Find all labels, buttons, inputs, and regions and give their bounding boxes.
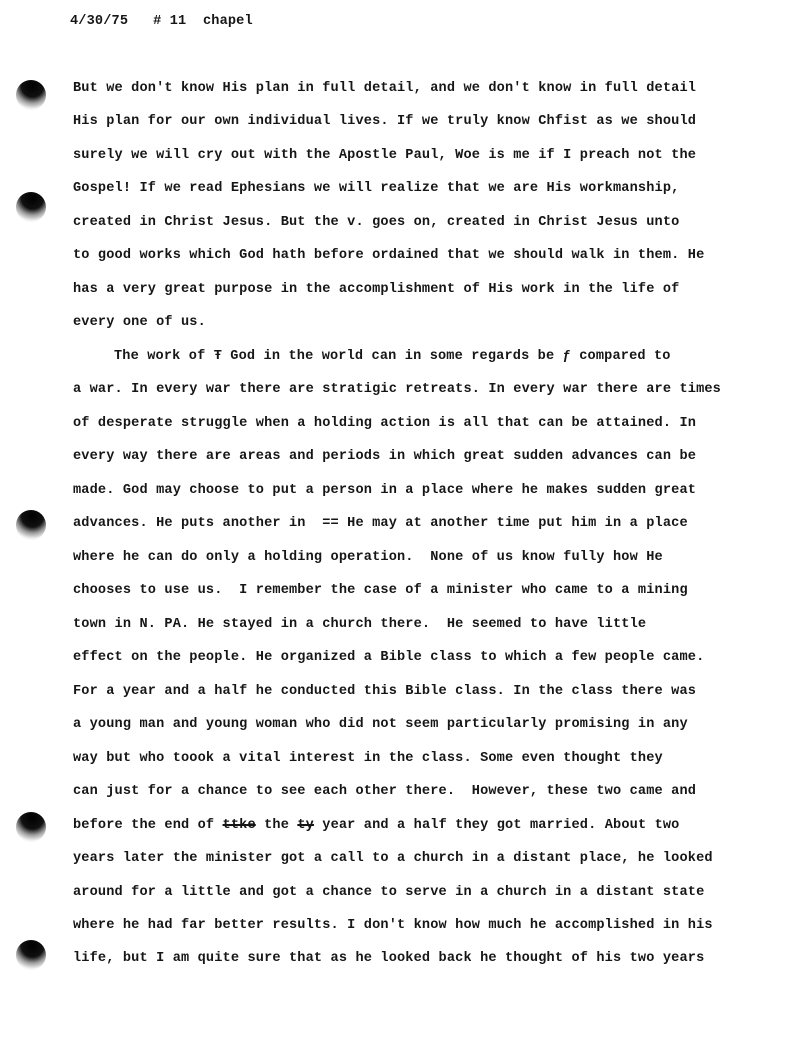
text-line: can just for a chance to see each other … — [73, 783, 696, 801]
text-line: Gospel! If we read Ephesians we will rea… — [73, 180, 679, 198]
punch-hole-icon — [16, 940, 46, 970]
text-line: advances. He puts another in == He may a… — [73, 515, 688, 533]
text-line: life, but I am quite sure that as he loo… — [73, 950, 704, 968]
header-label: chapel — [203, 14, 253, 29]
header-date: 4/30/75 — [70, 14, 128, 29]
text-segment: the — [256, 818, 298, 833]
text-line: His plan for our own individual lives. I… — [73, 113, 696, 131]
text-line: chooses to use us. I remember the case o… — [73, 582, 688, 600]
text-line: The work of Ŧ God in the world can in so… — [114, 348, 671, 366]
typed-page: 4/30/75 # 11 chapel But we don't know Hi… — [0, 0, 801, 1046]
text-line: created in Christ Jesus. But the v. goes… — [73, 214, 679, 232]
text-line: effect on the people. He organized a Bib… — [73, 649, 704, 667]
text-line: way but who toook a vital interest in th… — [73, 750, 663, 768]
text-line: But we don't know His plan in full detai… — [73, 80, 696, 98]
text-line: where he had far better results. I don't… — [73, 917, 713, 935]
text-line: every one of us. — [73, 314, 206, 332]
punch-hole-icon — [16, 192, 46, 222]
punch-hole-icon — [16, 812, 46, 842]
text-line: a war. In every war there are stratigic … — [73, 381, 721, 399]
text-segment: before the end of — [73, 818, 223, 833]
punch-hole-icon — [16, 510, 46, 540]
text-line: has a very great purpose in the accompli… — [73, 281, 679, 299]
text-line: years later the minister got a call to a… — [73, 850, 713, 868]
header-number: # 11 — [153, 14, 186, 29]
struck-text: ttke — [223, 818, 256, 833]
text-line: every way there are areas and periods in… — [73, 448, 696, 466]
text-line: of desperate struggle when a holding act… — [73, 415, 696, 433]
text-line: town in N. PA. He stayed in a church the… — [73, 616, 646, 634]
text-line-with-strikeouts: before the end of ttke the ty year and a… — [73, 817, 680, 835]
text-line: made. God may choose to put a person in … — [73, 482, 696, 500]
text-line: a young man and young woman who did not … — [73, 716, 688, 734]
text-line: where he can do only a holding operation… — [73, 549, 663, 567]
text-line: For a year and a half he conducted this … — [73, 683, 696, 701]
text-line: to good works which God hath before orda… — [73, 247, 704, 265]
punch-hole-icon — [16, 80, 46, 110]
text-line: surely we will cry out with the Apostle … — [73, 147, 696, 165]
text-segment: year and a half they got married. About … — [314, 818, 680, 833]
text-line: around for a little and got a chance to … — [73, 884, 704, 902]
struck-text: ty — [297, 818, 314, 833]
page-header: 4/30/75 # 11 chapel — [70, 14, 253, 29]
